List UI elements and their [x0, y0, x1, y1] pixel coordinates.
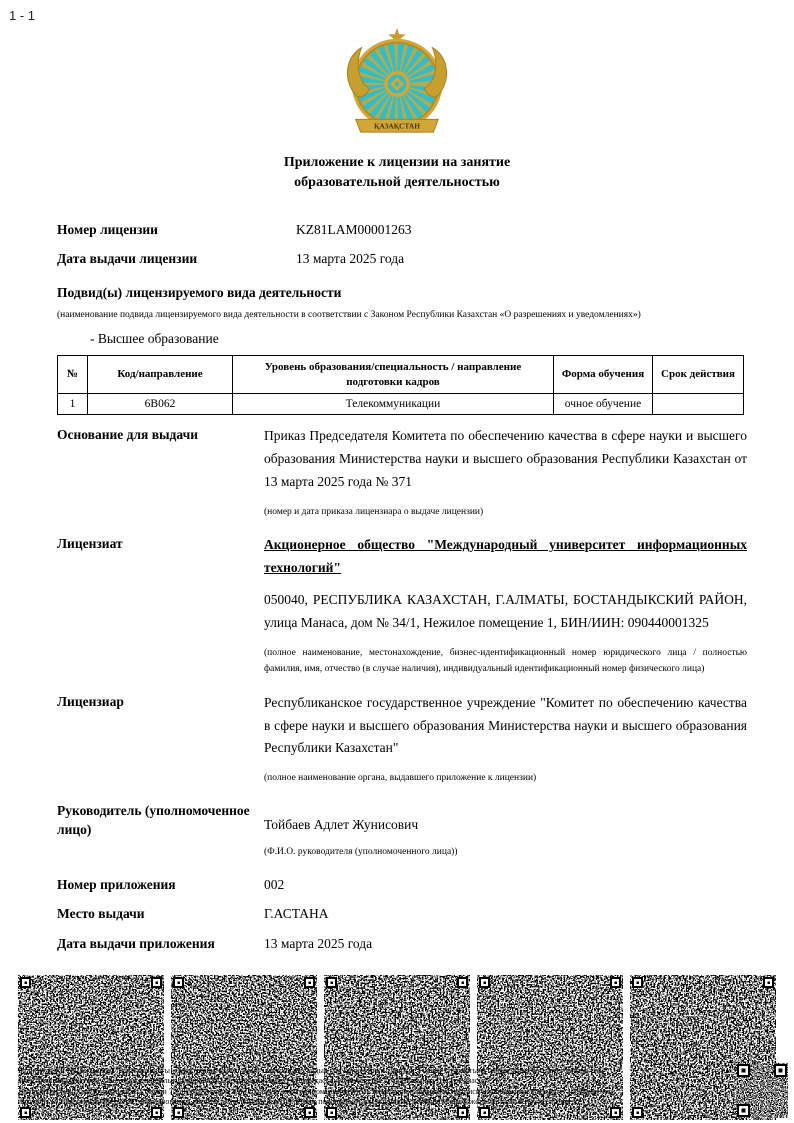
license-number-label: Номер лицензии [57, 220, 296, 240]
head-value: Тойбаев Адлет Жунисович [264, 815, 747, 835]
head-label: Руководитель (уполномоченное лицо) [57, 801, 264, 861]
cell-level: Телекоммуникации [233, 394, 554, 415]
appendix-number-row: Номер приложения 002 [57, 875, 747, 895]
cell-code: 6B062 [88, 394, 233, 415]
licensor-value: Республиканское государственное учрежден… [264, 692, 747, 761]
col-header-number: № [58, 356, 88, 394]
cell-term [653, 394, 744, 415]
col-header-level: Уровень образования/специальность / напр… [233, 356, 554, 394]
head-note: (Ф.И.О. руководителя (уполномоченного ли… [264, 844, 747, 860]
subtype-note: (наименование подвида лицензируемого вид… [57, 307, 747, 323]
licensee-name: Акционерное общество "Международный унив… [264, 534, 747, 580]
licensee-section: Лицензиат Акционерное общество "Междунар… [57, 534, 747, 677]
appendix-number-value: 002 [264, 875, 747, 895]
license-appendix-page: 1 - 1 ҚАЗАҚСТАН Приложение к лицензии на… [0, 0, 794, 1123]
col-header-form: Форма обучения [554, 356, 653, 394]
appendix-date-row: Дата выдачи приложения 13 марта 2025 год… [57, 934, 747, 954]
basis-value: Приказ Председателя Комитета по обеспече… [264, 425, 747, 494]
legal-footer: Бұл құжат ҚР 2003 жылдың 7 қаңтарындағы … [18, 1066, 718, 1108]
licensor-note: (полное наименование органа, выдавшего п… [264, 770, 747, 786]
verification-qr-code [736, 1063, 788, 1123]
basis-label: Основание для выдачи [57, 425, 264, 520]
appendix-date-label: Дата выдачи приложения [57, 934, 264, 954]
col-header-term: Срок действия [653, 356, 744, 394]
issue-place-value: Г.АСТАНА [264, 904, 747, 924]
col-header-code: Код/направление [88, 356, 233, 394]
title-line-2: образовательной деятельностью [0, 173, 794, 193]
license-number-value: KZ81LAM00001263 [296, 220, 747, 240]
footer-line-4: носителе. Электронный документ сформиров… [18, 1097, 718, 1107]
subtype-item: - Высшее образование [90, 331, 747, 347]
issue-place-row: Место выдачи Г.АСТАНА [57, 904, 747, 924]
footer-line-1: Бұл құжат ҚР 2003 жылдың 7 қаңтарындағы … [18, 1066, 718, 1076]
basis-note: (номер и дата приказа лицензиара о выдач… [264, 504, 747, 520]
document-title: Приложение к лицензии на занятие образов… [0, 153, 794, 194]
head-section: Руководитель (уполномоченное лицо) Тойба… [57, 801, 747, 861]
licensor-label: Лицензиар [57, 692, 264, 787]
appendix-number-label: Номер приложения [57, 875, 264, 895]
basis-section: Основание для выдачи Приказ Председателя… [57, 425, 747, 520]
issue-place-label: Место выдачи [57, 904, 264, 924]
emblem-of-kazakhstan: ҚАЗАҚСТАН [0, 0, 794, 144]
qr-code-icon [736, 1063, 788, 1118]
cell-number: 1 [58, 394, 88, 415]
table-row: 1 6B062 Телекоммуникации очное обучение [58, 394, 744, 415]
footer-line-3: Данный документ согласно пункту 1 статьи… [18, 1087, 718, 1097]
license-date-label: Дата выдачи лицензии [57, 249, 296, 269]
title-line-1: Приложение к лицензии на занятие [0, 153, 794, 173]
subtype-heading: Подвид(ы) лицензируемого вида деятельнос… [57, 285, 747, 301]
licensee-note: (полное наименование, местонахождение, б… [264, 645, 747, 678]
appendix-date-value: 13 марта 2025 года [264, 934, 747, 954]
license-date-value: 13 марта 2025 года [296, 249, 747, 269]
page-number: 1 - 1 [9, 8, 35, 23]
emblem-banner-text: ҚАЗАҚСТАН [374, 122, 420, 131]
cell-form: очное обучение [554, 394, 653, 415]
specialties-table: № Код/направление Уровень образования/сп… [57, 355, 744, 415]
footer-line-2: Электрондық құжат www.elicense.kz портал… [18, 1076, 718, 1086]
license-date-row: Дата выдачи лицензии 13 марта 2025 года [57, 249, 747, 269]
licensee-address: 050040, РЕСПУБЛИКА КАЗАХСТАН, Г.АЛМАТЫ, … [264, 589, 747, 635]
licensor-section: Лицензиар Республиканское государственно… [57, 692, 747, 787]
licensee-label: Лицензиат [57, 534, 264, 677]
kazakhstan-coat-of-arms-icon: ҚАЗАҚСТАН [338, 27, 456, 139]
license-number-row: Номер лицензии KZ81LAM00001263 [57, 220, 747, 240]
table-header-row: № Код/направление Уровень образования/сп… [58, 356, 744, 394]
